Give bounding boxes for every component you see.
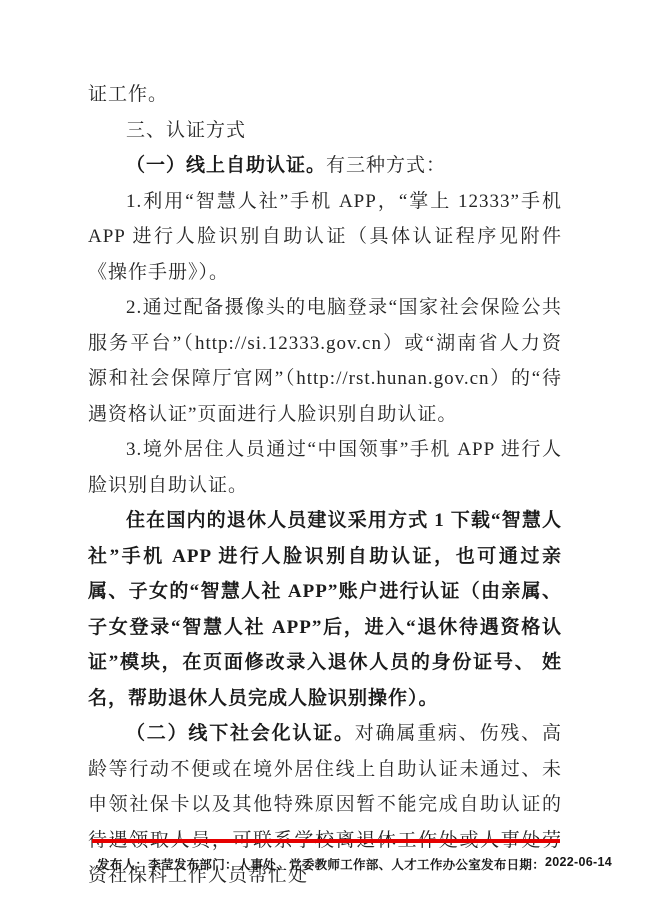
document-body: 证工作。 三、认证方式 （一）线上自助认证。有三种方式： 1.利用“智慧人社”手…	[88, 77, 562, 894]
paragraph-lead: （二）线下社会化认证。	[126, 723, 355, 744]
paragraph-method-2: 2.通过配备摄像头的电脑登录“国家社会保险公共服务平台”（http://si.1…	[88, 290, 562, 432]
publish-date-field: 发布日期：2022-06-14	[481, 855, 612, 873]
paragraph-method-1: 1.利用“智慧人社”手机 APP，“掌上 12333”手机 APP 进行人脸识别…	[88, 184, 562, 291]
document-page: 证工作。 三、认证方式 （一）线上自助认证。有三种方式： 1.利用“智慧人社”手…	[0, 0, 650, 923]
paragraph-text: 1.利用“智慧人社”手机 APP，“掌上 12333”手机 APP 进行人脸识别…	[88, 191, 562, 283]
paragraph-text: 3.境外居住人员通过“中国领事”手机 APP 进行人脸识别自助认证。	[88, 439, 562, 496]
section-heading-3: 三、认证方式	[88, 113, 562, 149]
paragraph-continuation: 证工作。	[88, 77, 562, 113]
paragraph-lead: （一）线上自助认证。	[126, 155, 326, 176]
footer-divider-line	[92, 839, 560, 843]
publication-footer: 发布人：李莹 发布部门：人事处、党委教师工作部、人才工作办公室 发布日期：202…	[97, 855, 560, 873]
publish-date-label: 发布日期：	[481, 855, 545, 873]
paragraph-method-3: 3.境外居住人员通过“中国领事”手机 APP 进行人脸识别自助认证。	[88, 432, 562, 503]
subsection-heading-online: （一）线上自助认证。有三种方式：	[88, 148, 562, 184]
paragraph-text: 三、认证方式	[126, 120, 246, 141]
paragraph-recommendation-bold: 住在国内的退休人员建议采用方式 1 下载“智慧人社”手机 APP 进行人脸识别自…	[88, 503, 562, 716]
publish-date-value: 2022-06-14	[545, 855, 612, 873]
paragraph-text: 2.通过配备摄像头的电脑登录“国家社会保险公共服务平台”（http://si.1…	[88, 297, 562, 425]
paragraph-text: 有三种方式：	[326, 155, 446, 176]
publisher-field: 发布人：李莹	[97, 855, 174, 873]
department-field: 发布部门：人事处、党委教师工作部、人才工作办公室	[174, 855, 481, 873]
publisher-label: 发布人：	[97, 855, 148, 873]
publisher-value: 李莹	[148, 855, 174, 873]
department-value: 人事处、党委教师工作部、人才工作办公室	[238, 855, 481, 873]
paragraph-text: 证工作。	[88, 84, 168, 105]
department-label: 发布部门：	[174, 855, 238, 873]
paragraph-lead: 住在国内的退休人员建议采用方式 1 下载“智慧人社”手机 APP 进行人脸识别自…	[88, 510, 562, 709]
